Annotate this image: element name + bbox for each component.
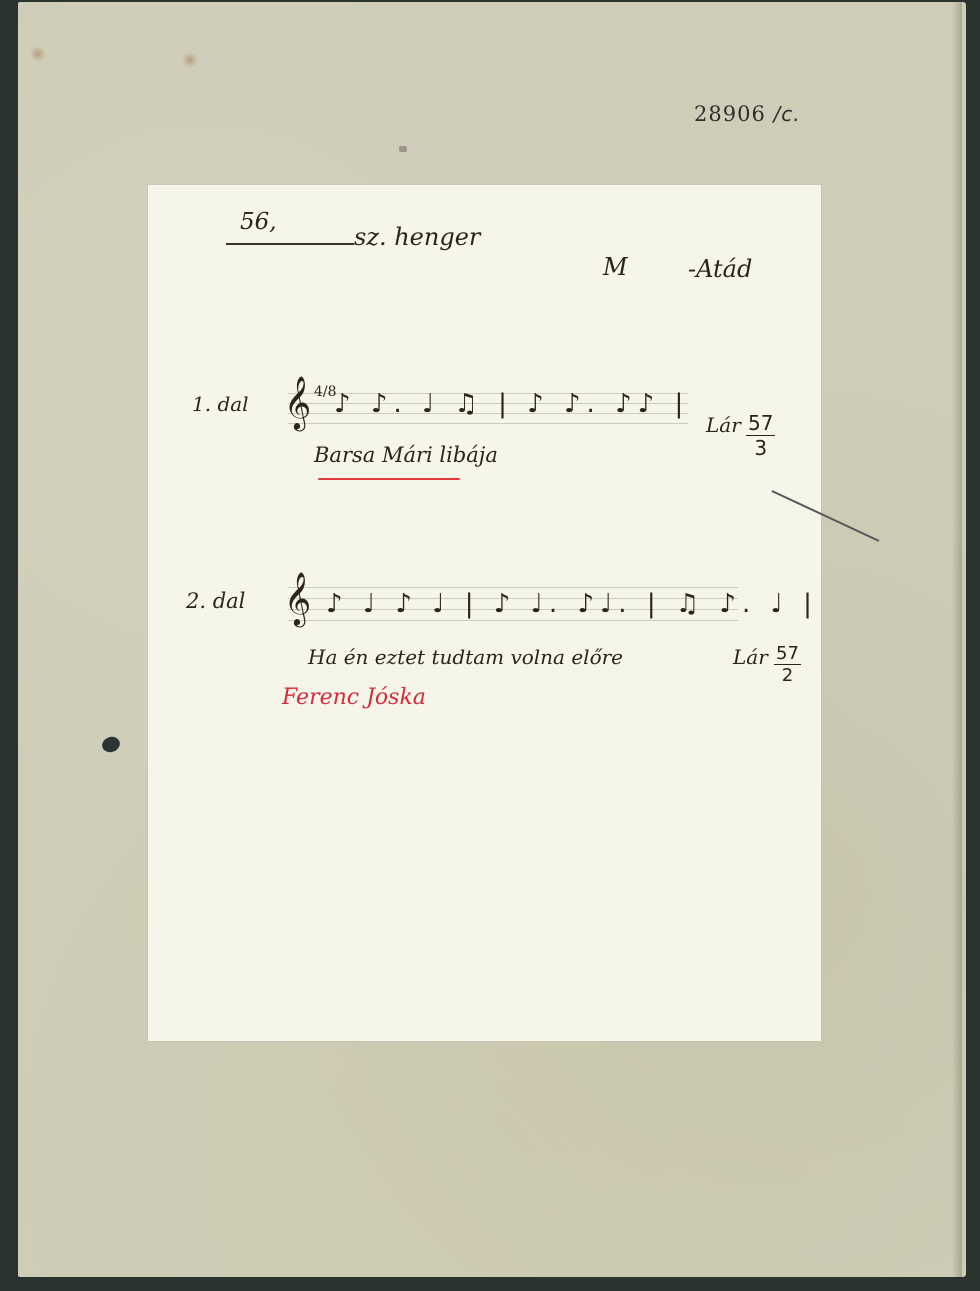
treble-clef-icon: 𝄞: [284, 571, 311, 627]
song-1-catalog-sub: 3: [754, 436, 767, 460]
accession-number-value: 28906: [694, 102, 766, 126]
song-2-catalog-number: 57: [774, 643, 801, 665]
song-2-catalog-fraction: 57 2: [774, 643, 801, 686]
stain-mark: [182, 52, 198, 68]
song-1-label: 1. dal: [192, 392, 249, 416]
cylinder-number: 56,: [240, 209, 277, 235]
song-1-catalog-prefix: Lár: [706, 413, 741, 437]
place-name: -Atád: [688, 255, 752, 283]
debris-speck: [399, 146, 407, 152]
song-2-lyrics: Ha én eztet tudtam volna előre: [308, 645, 623, 669]
manuscript-card: 56, sz. henger M -Atád 1. dal 𝄞 4/8 ♪ ♪.…: [148, 185, 821, 1041]
song-1-red-underline: [318, 478, 460, 480]
song-1-lyrics: Barsa Mári libája: [314, 443, 498, 467]
song-1-catalog-number: 57: [746, 411, 775, 436]
performer-name: Ferenc Jóska: [282, 685, 426, 710]
song-2-catalog-sub: 2: [782, 665, 793, 686]
song-1-notation: ♪ ♪. ♩ ♫ | ♪ ♪. ♪♪ |: [334, 389, 689, 419]
cylinder-label: sz. henger: [354, 223, 480, 251]
song-2-label: 2. dal: [186, 589, 245, 613]
header-initial: M: [603, 253, 628, 281]
treble-clef-icon: 𝄞: [284, 375, 311, 431]
accession-suffix: /c.: [774, 102, 801, 126]
song-2-notation: ♪ ♩ ♪ ♩ | ♪ ♩. ♪♩. | ♫ ♪. ♩ |: [326, 589, 818, 619]
number-underline: [226, 243, 354, 245]
song-2-catalog-prefix: Lár: [733, 645, 768, 669]
punched-hole: [100, 734, 122, 754]
stain-mark: [30, 46, 46, 62]
accession-number: 28906 /c.: [694, 102, 801, 126]
board-edge-shadow: [952, 2, 962, 1277]
song-1-catalog-fraction: 57 3: [746, 411, 775, 460]
